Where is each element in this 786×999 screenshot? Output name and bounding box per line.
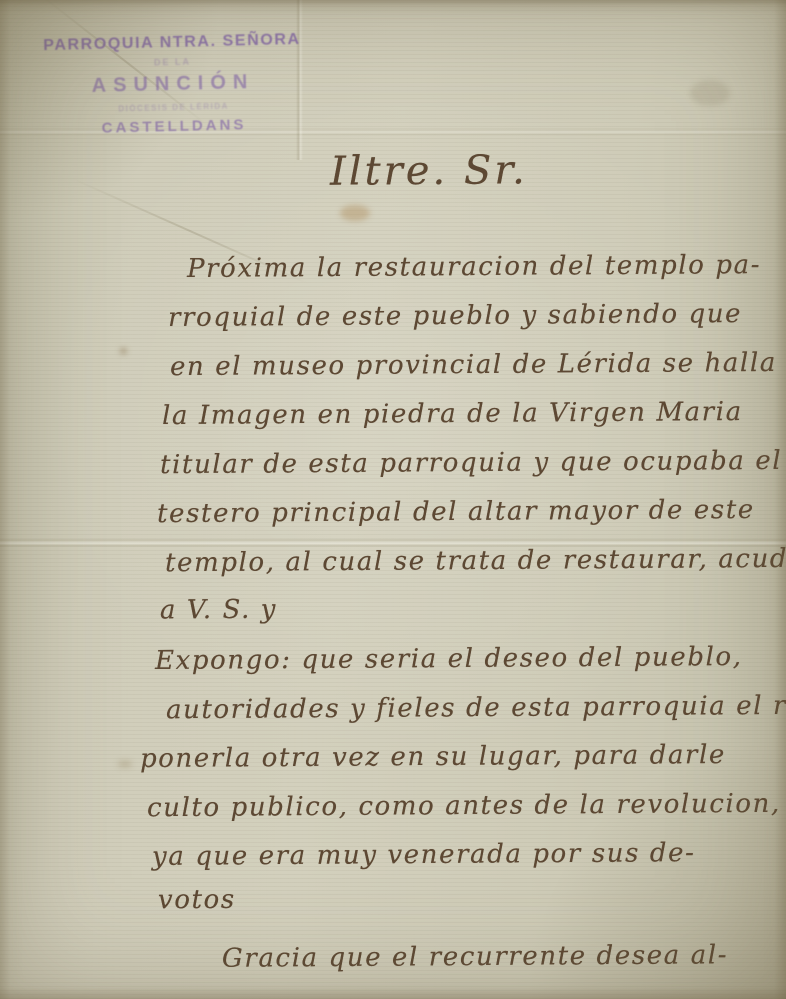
handwritten-line: ya que era muy venerada por sus de-: [152, 838, 696, 872]
handwritten-line: templo, al cual se trata de restaurar, a…: [165, 544, 786, 578]
parish-rubber-stamp: PARROQUIA NTRA. SEÑORA DE LA ASUNCIÓN DI…: [27, 30, 319, 138]
paper-stain: [120, 348, 127, 354]
handwritten-line: en el museo provincial de Lérida se hall…: [170, 348, 777, 382]
salutation: Iltre. Sr.: [330, 147, 528, 194]
stamp-de-la: DE LA: [27, 53, 317, 70]
stamp-parish-name: PARROQUIA NTRA. SEÑORA: [27, 30, 317, 55]
vertical-fold-crease: [296, 0, 303, 160]
handwritten-line: culto publico, como antes de la revoluci…: [147, 789, 781, 823]
handwritten-line: testero principal del altar mayor de est…: [157, 495, 755, 529]
fold-mark: [42, 0, 209, 126]
handwritten-line: autoridades y fieles de esta parroquia e…: [166, 691, 786, 726]
handwritten-line: ponerla otra vez en su lugar, para darle: [140, 740, 726, 774]
handwritten-line: Gracia que el recurrente desea al-: [222, 940, 728, 974]
handwritten-line: Expongo: que seria el deseo del pueblo,: [155, 642, 743, 676]
handwritten-line: a V. S. y: [160, 595, 277, 626]
paper-stain: [340, 205, 370, 221]
handwritten-line: rroquial de este pueblo y sabiendo que: [168, 299, 742, 333]
stamp-asuncion: ASUNCIÓN: [28, 69, 318, 99]
stamp-diocese: DIÓCESIS DE LÉRIDA: [28, 99, 318, 115]
letter-page: PARROQUIA NTRA. SEÑORA DE LA ASUNCIÓN DI…: [0, 0, 786, 999]
handwritten-line: la Imagen en piedra de la Virgen Maria: [162, 397, 743, 431]
handwritten-line: titular de esta parroquia y que ocupaba …: [160, 446, 782, 480]
horizontal-fold-crease: [0, 128, 786, 137]
handwritten-line: votos: [158, 885, 236, 916]
stamp-town: CASTELLDANS: [29, 114, 319, 138]
handwritten-line: Próxima la restauracion del templo pa-: [187, 250, 761, 284]
paper-stain: [690, 80, 730, 106]
paper-stain: [118, 760, 132, 768]
